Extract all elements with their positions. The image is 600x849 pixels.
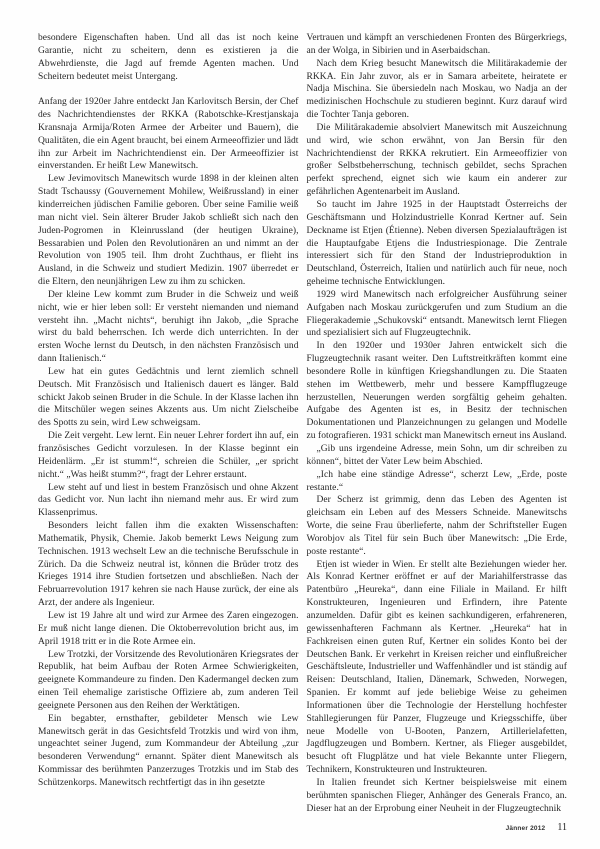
paragraph: Besonders leicht fallen ihm die exakten … [38,520,299,610]
paragraph: Ein begabter, ernsthafter, gebildeter Me… [38,713,299,790]
paragraph: Lew hat ein gutes Gedächtnis und lernt z… [38,366,299,430]
paragraph: Lew steht auf und liest in bestem Franzö… [38,482,299,521]
paragraph: Anfang der 1920er Jahre entdeckt Jan Kar… [38,96,299,173]
paragraph: Nach dem Krieg besucht Manewitsch die Mi… [307,58,568,122]
page-footer: Jänner 2012 11 [506,822,567,833]
page-number: 11 [557,822,567,833]
text-columns: besondere Eigenschaften haben. Und all d… [0,0,600,815]
paragraph: 1929 wird Manewitsch nach erfolgreicher … [307,289,568,340]
paragraph: besondere Eigenschaften haben. Und all d… [38,32,299,83]
paragraph: Der kleine Lew kommt zum Bruder in die S… [38,289,299,366]
paragraph: Etjen ist wieder in Wien. Er stellt alte… [307,559,568,777]
paragraph: Lew Jevimovitsch Manewitsch wurde 1898 i… [38,173,299,289]
paragraph: Lew ist 19 Jahre alt und wird zur Armee … [38,610,299,649]
paragraph: Der Scherz ist grimmig, denn das Leben d… [307,494,568,558]
paragraph: Lew Trotzki, der Vorsitzende des Revolut… [38,649,299,713]
paragraph: In Italien freundet sich Kertner beispie… [307,777,568,816]
right-column: Vertrauen und kämpft an verschiedenen Fr… [307,32,568,815]
paragraph: Die Zeit vergeht. Lew lernt. Ein neuer L… [38,430,299,481]
paragraph: So taucht im Jahre 1925 in der Hauptstad… [307,199,568,289]
paragraph: „Gib uns irgendeine Adresse, mein Sohn, … [307,443,568,469]
left-column: besondere Eigenschaften haben. Und all d… [38,32,299,815]
document-page: besondere Eigenschaften haben. Und all d… [0,0,600,849]
paragraph: In den 1920er und 1930er Jahren entwicke… [307,340,568,443]
paragraph: Die Militärakademie absolviert Manewitsc… [307,122,568,199]
paragraph: „Ich habe eine ständige Adresse“, scherz… [307,469,568,495]
paragraph: Vertrauen und kämpft an verschiedenen Fr… [307,32,568,58]
issue-date-label: Jänner 2012 [506,825,546,832]
